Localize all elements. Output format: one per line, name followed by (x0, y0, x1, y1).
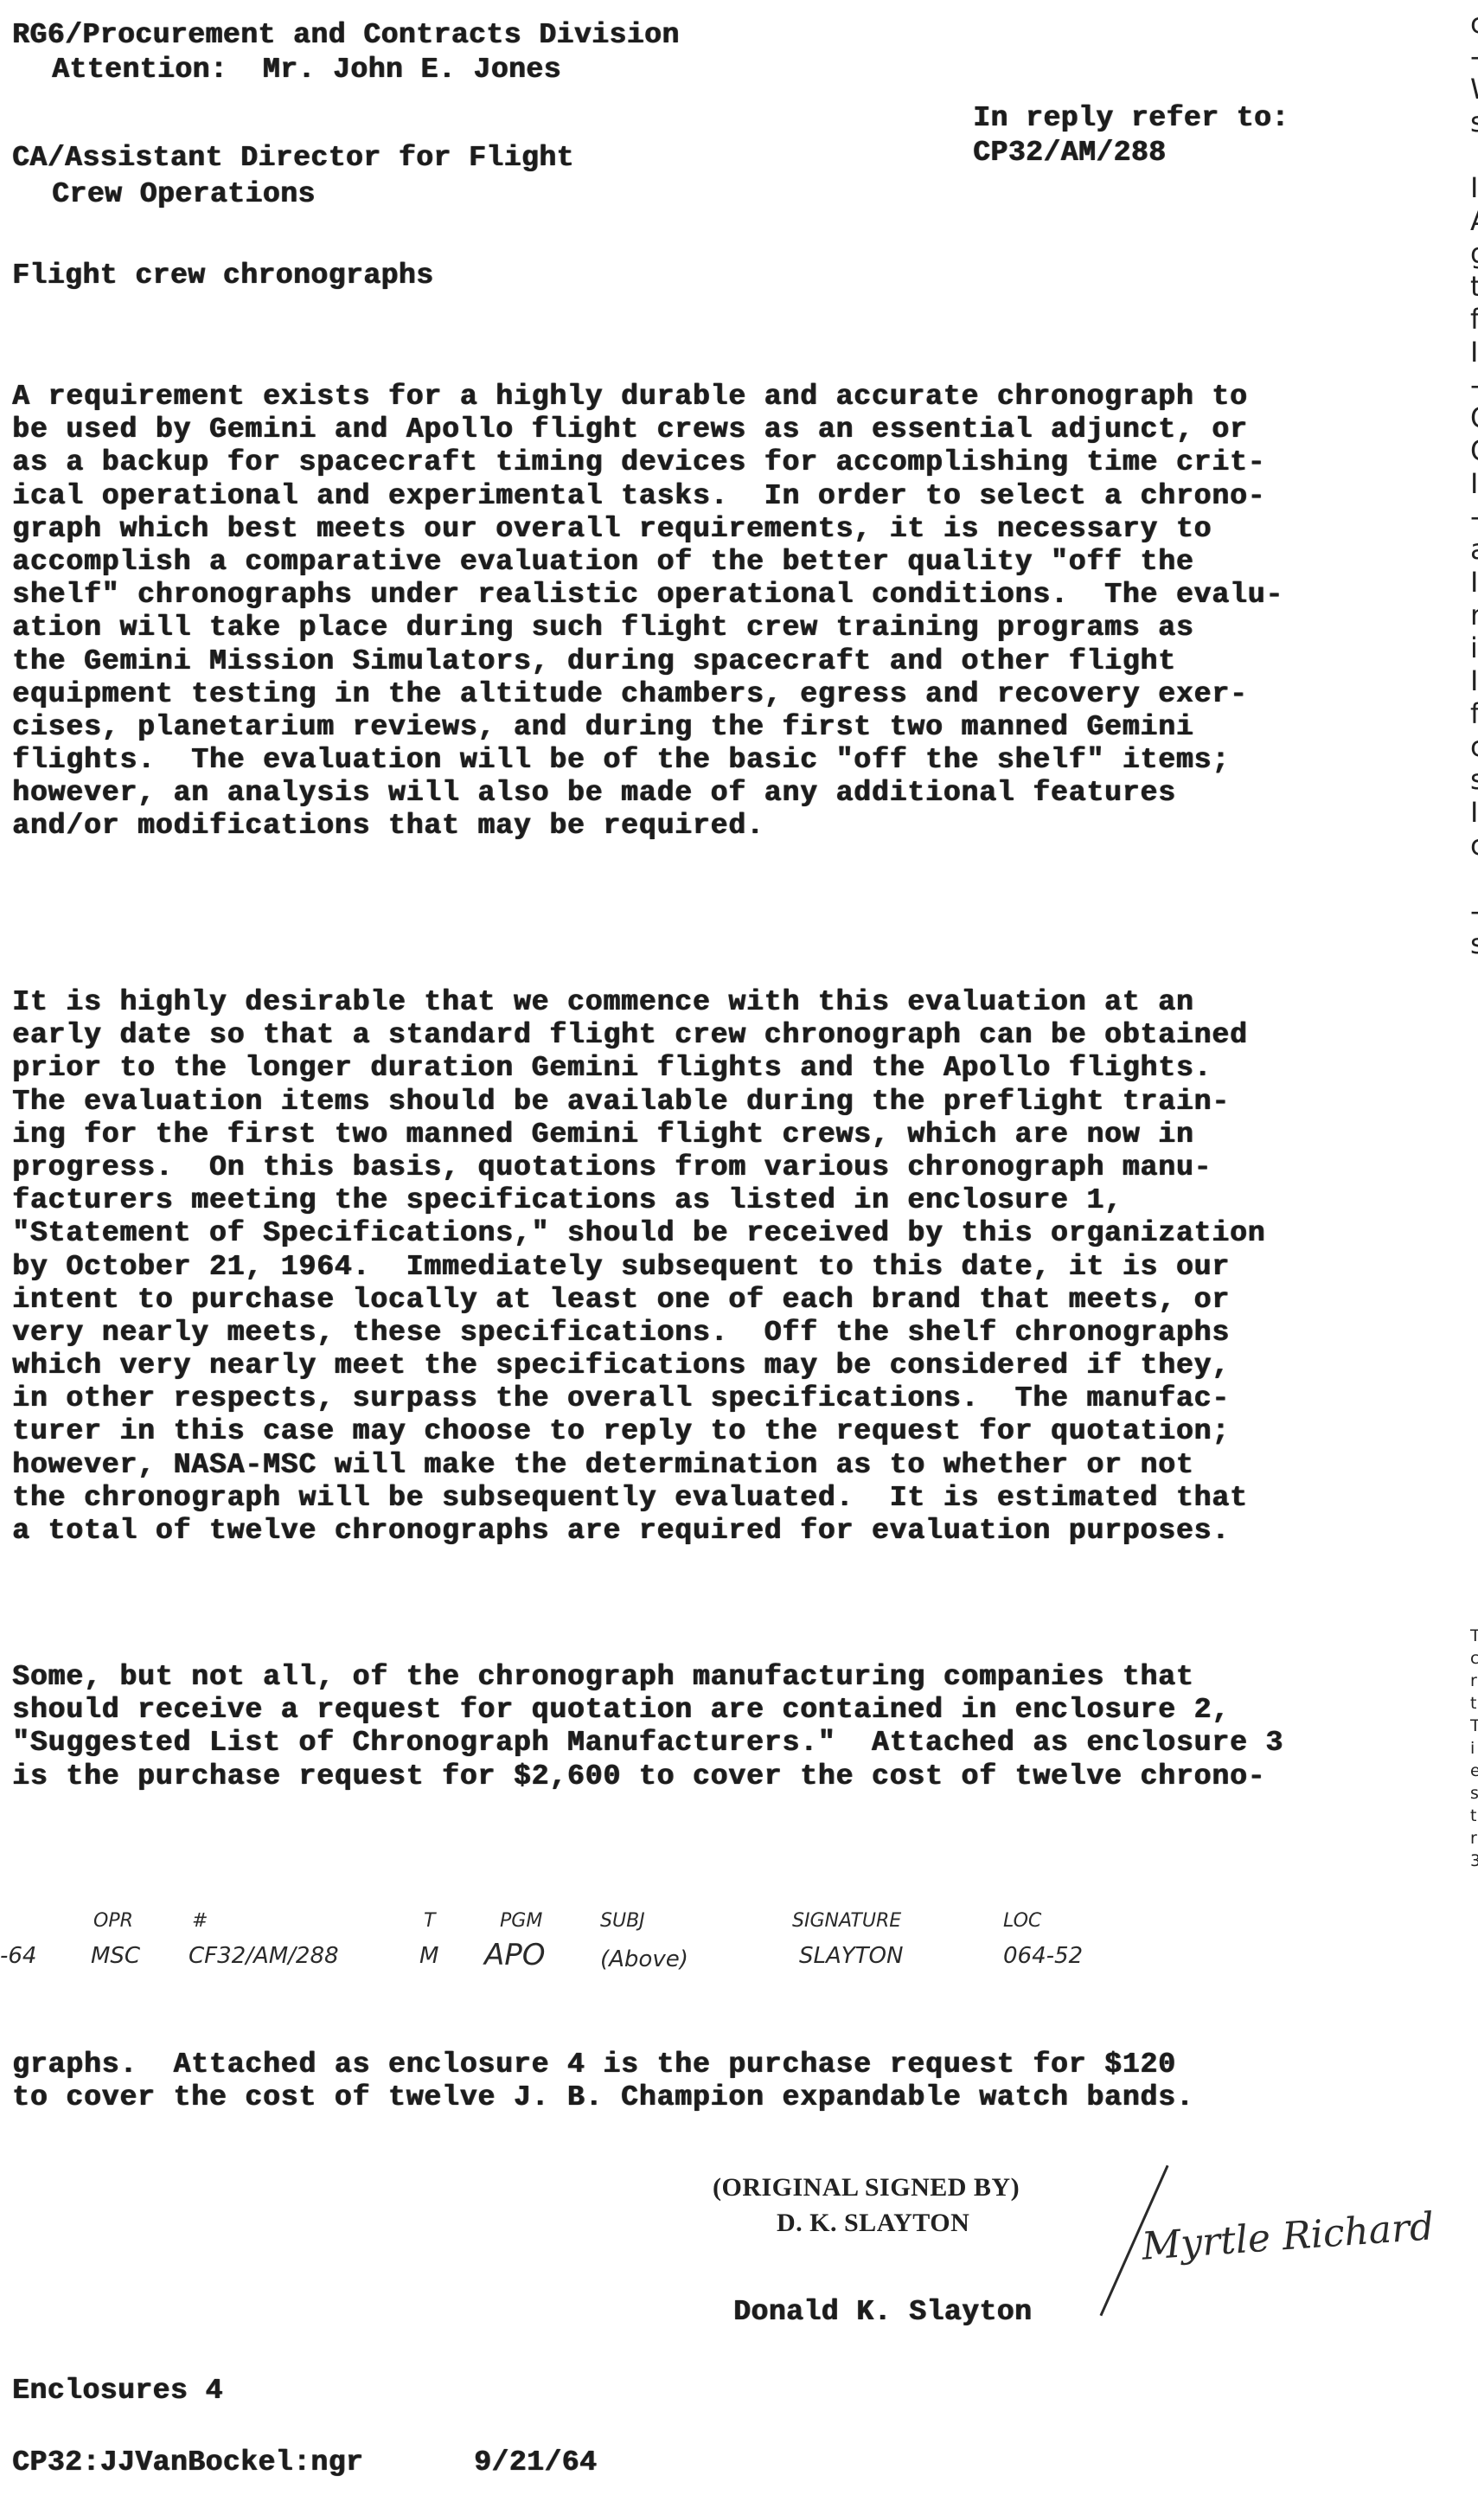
text-line: however, NASA-MSC will make the determin… (12, 1449, 1422, 1482)
paragraph-2: It is highly desirable that we commence … (12, 986, 1422, 1548)
routing-label-subj: SUBJ (600, 1910, 645, 1932)
text-line: should receive a request for quotation a… (12, 1694, 1422, 1727)
to-line: RG6/Procurement and Contracts Division (12, 19, 680, 52)
text-line: "Statement of Specifications," should be… (12, 1217, 1422, 1250)
routing-value-signature: SLAYTON (799, 1943, 903, 1969)
text-line: shelf" chronographs under realistic oper… (12, 579, 1422, 612)
routing-value-subj: (Above) (600, 1946, 688, 1972)
signature-stamp-line-2: D. K. SLAYTON (777, 2209, 969, 2238)
routing-value-pgm: APO (484, 1938, 546, 1972)
from-line: CA/Assistant Director for Flight (12, 142, 574, 175)
text-line: is the purchase request for $2,600 to co… (12, 1760, 1422, 1793)
typed-date: 9/21/64 (474, 2446, 597, 2479)
text-line: which very nearly meet the specification… (12, 1350, 1422, 1382)
routing-label-loc: LOC (1003, 1910, 1041, 1932)
reply-label: In reply refer to: (973, 102, 1289, 135)
text-line: graphs. Attached as enclosure 4 is the p… (12, 2049, 1422, 2081)
text-line: prior to the longer duration Gemini flig… (12, 1052, 1422, 1085)
reply-reference: CP32/AM/288 (973, 137, 1166, 170)
routing-label-signature: SIGNATURE (792, 1910, 901, 1932)
routing-label-number: # (192, 1910, 208, 1932)
routing-label-opr: OPR (93, 1910, 133, 1932)
paragraph-3: Some, but not all, of the chronograph ma… (12, 1661, 1422, 1793)
text-line: turer in this case may choose to reply t… (12, 1415, 1422, 1448)
routing-value-t: M (419, 1943, 438, 1969)
paragraph-1: A requirement exists for a highly durabl… (12, 381, 1422, 843)
attention-line: Attention: Mr. John E. Jones (52, 54, 561, 87)
text-line: be used by Gemini and Apollo flight crew… (12, 414, 1422, 446)
text-line: very nearly meets, these specifications.… (12, 1317, 1422, 1350)
text-line: by October 21, 1964. Immediately subsequ… (12, 1251, 1422, 1284)
text-line: intent to purchase locally at least one … (12, 1284, 1422, 1317)
from-line-2: Crew Operations (52, 178, 316, 211)
text-line: as a backup for spacecraft timing device… (12, 446, 1422, 479)
signature-stamp-line-1: (ORIGINAL SIGNED BY) (713, 2173, 1020, 2203)
routing-value-opr: MSC (91, 1943, 140, 1969)
text-line: in other respects, surpass the overall s… (12, 1382, 1422, 1415)
subject-line: Flight crew chronographs (12, 260, 433, 292)
typist-identifier: CP32:JJVanBockel:ngr (12, 2446, 363, 2479)
text-line: cises, planetarium reviews, and during t… (12, 711, 1422, 744)
text-line: progress. On this basis, quotations from… (12, 1151, 1422, 1184)
text-line: equipment testing in the altitude chambe… (12, 678, 1422, 711)
signatory-name: Donald K. Slayton (733, 2296, 1032, 2329)
text-line: early date so that a standard flight cre… (12, 1019, 1422, 1052)
text-line: the chronograph will be subsequently eva… (12, 1482, 1422, 1515)
text-line: The evaluation items should be available… (12, 1086, 1422, 1119)
adjacent-page-fragment-top: c - W s I A g t f I - C C I - a I r i I … (1470, 7, 1478, 960)
stamp-text-1: ORIGINAL SIGNED BY (722, 2173, 1011, 2202)
routing-label-pgm: PGM (500, 1910, 542, 1932)
text-line: ation will take place during such flight… (12, 612, 1422, 644)
enclosures-line: Enclosures 4 (12, 2375, 223, 2408)
adjacent-page-fragment-bottom: T c r t T i e s t r 3 (1470, 1625, 1478, 1872)
text-line: a total of twelve chronographs are requi… (12, 1515, 1422, 1548)
text-line: ing for the first two manned Gemini flig… (12, 1119, 1422, 1151)
text-line: the Gemini Mission Simulators, during sp… (12, 645, 1422, 678)
routing-value-number: CF32/AM/288 (189, 1943, 339, 1969)
text-line: ical operational and experimental tasks.… (12, 480, 1422, 513)
text-line: It is highly desirable that we commence … (12, 986, 1422, 1019)
text-line: Some, but not all, of the chronograph ma… (12, 1661, 1422, 1694)
routing-value-prefix: -64 (0, 1943, 36, 1969)
routing-label-t: T (424, 1910, 435, 1932)
text-line: graph which best meets our overall requi… (12, 513, 1422, 546)
text-line: A requirement exists for a highly durabl… (12, 381, 1422, 414)
text-line: accomplish a comparative evaluation of t… (12, 546, 1422, 579)
text-line: facturers meeting the specifications as … (12, 1184, 1422, 1217)
paragraph-3-continued: graphs. Attached as enclosure 4 is the p… (12, 2049, 1422, 2114)
routing-value-loc: 064-52 (1003, 1943, 1083, 1969)
handwritten-signature: Myrtle Richard (1141, 2204, 1436, 2268)
text-line: flights. The evaluation will be of the b… (12, 744, 1422, 777)
text-line: however, an analysis will also be made o… (12, 777, 1422, 810)
text-line: to cover the cost of twelve J. B. Champi… (12, 2081, 1422, 2114)
text-line: and/or modifications that may be require… (12, 810, 1422, 843)
text-line: "Suggested List of Chronograph Manufactu… (12, 1727, 1422, 1760)
